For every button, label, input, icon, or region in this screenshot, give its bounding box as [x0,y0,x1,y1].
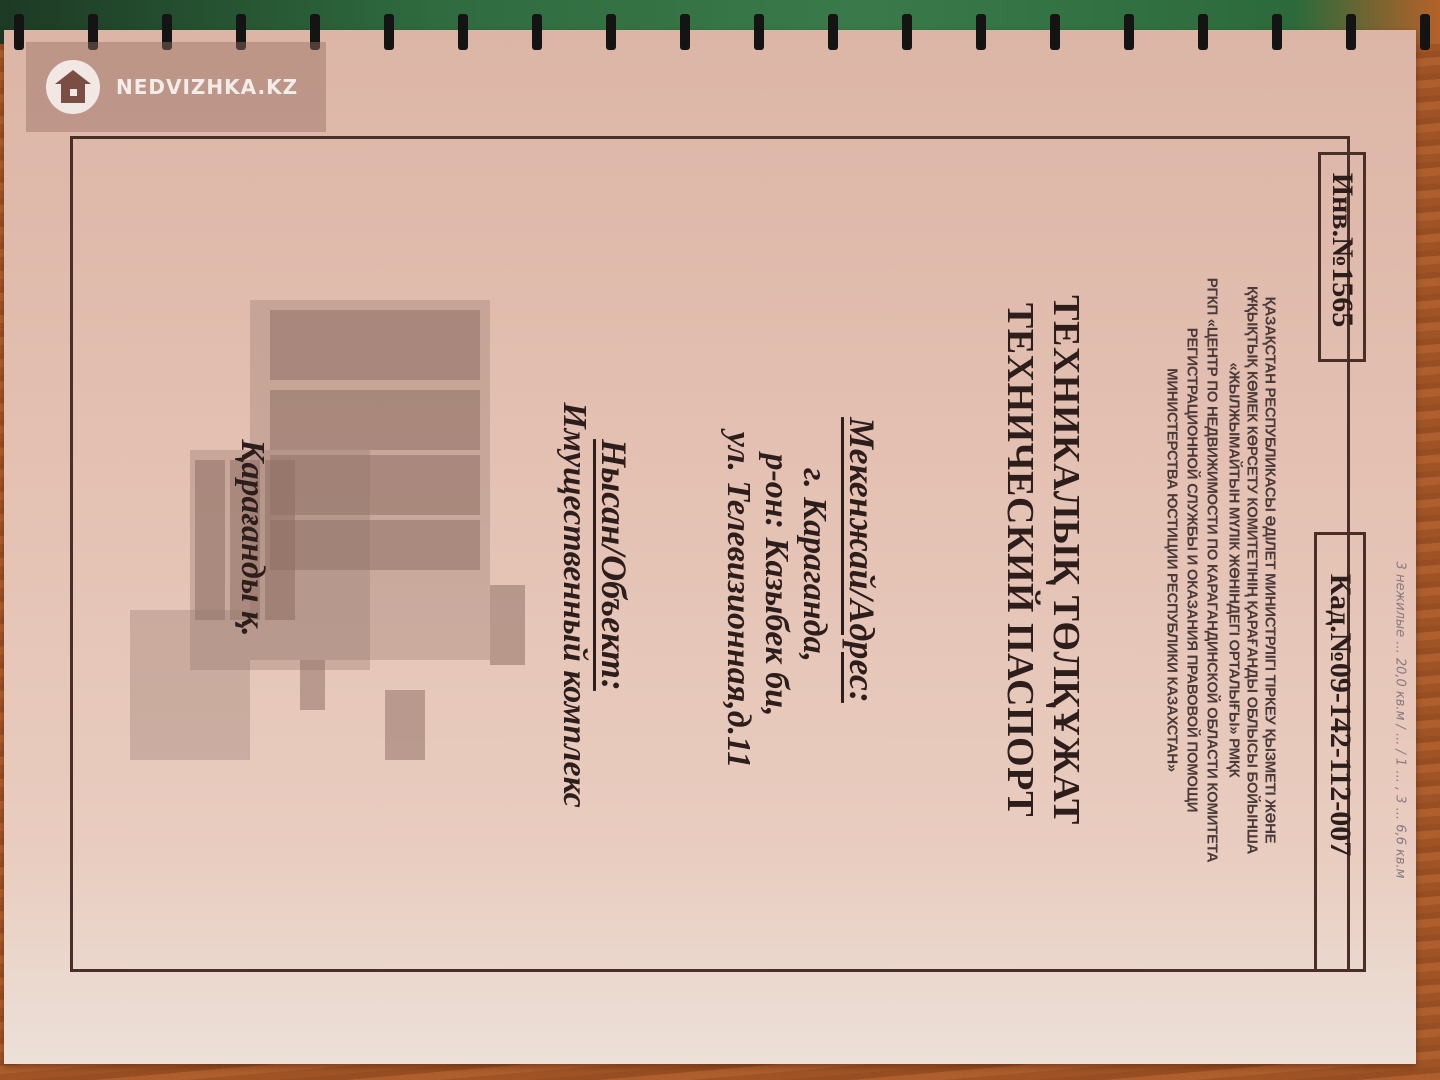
org-line-6: МИНИСТЕРСТВА ЮСТИЦИИ РЕСПУБЛИКИ КАЗАХСТА… [1165,368,1180,772]
house-icon [46,60,100,114]
inventory-number: Инв.№1565 [1325,173,1359,327]
org-line-3: «ЖЫЛЖЫМАЙТЫН МҮЛІК ЖӨНІНДЕГІ ОРТАЛЫҒЫ» Р… [1227,362,1242,777]
org-line-4: РГКП «ЦЕНТР ПО НЕДВИЖИМОСТИ ПО КАРАГАНДИ… [1205,278,1220,863]
title-russian: ТЕХНИЧЕСКИЙ ПАСПОРТ [998,303,1042,817]
object-label: Нысан/Объект: [593,439,635,691]
address-district: р-он: Казыбек би, [757,453,795,716]
title-kazakh: ТЕХНИКАЛЫҚ ТӨЛҚҰЖАТ [1044,295,1088,825]
org-line-5: РЕГИСТРАЦИОННОЙ СЛУЖБЫ И ОКАЗАНИЯ ПРАВОВ… [1185,328,1200,813]
org-line-1: ҚАЗАҚСТАН РЕСПУБЛИКАСЫ ӘДІЛЕТ МИНИСТРЛІГ… [1263,297,1278,844]
address-label: Мекенжай/Адрес: [841,417,883,703]
address-city: г. Караганда, [795,468,833,662]
cadastral-number: Кад.№09-142-112-007 [1323,574,1357,857]
city-footer: Қарағанды қ. [233,439,271,636]
address-street: ул. Телевизионная,д.11 [719,432,757,768]
org-line-2: ҚҰҚЫҚТЫҚ КӨМЕК КӨРСЕТУ КОМИТЕТІНІҢ ҚАРАҒ… [1245,286,1260,854]
watermark-text: NEDVIZHKA.KZ [116,75,298,99]
object-value: Имущественный комплекс [555,402,593,807]
watermark-badge[interactable]: NEDVIZHKA.KZ [26,42,326,132]
handwritten-note: 3 нежилые ... 20,0 кв.м / ... / 1 ... , … [1393,562,1408,879]
